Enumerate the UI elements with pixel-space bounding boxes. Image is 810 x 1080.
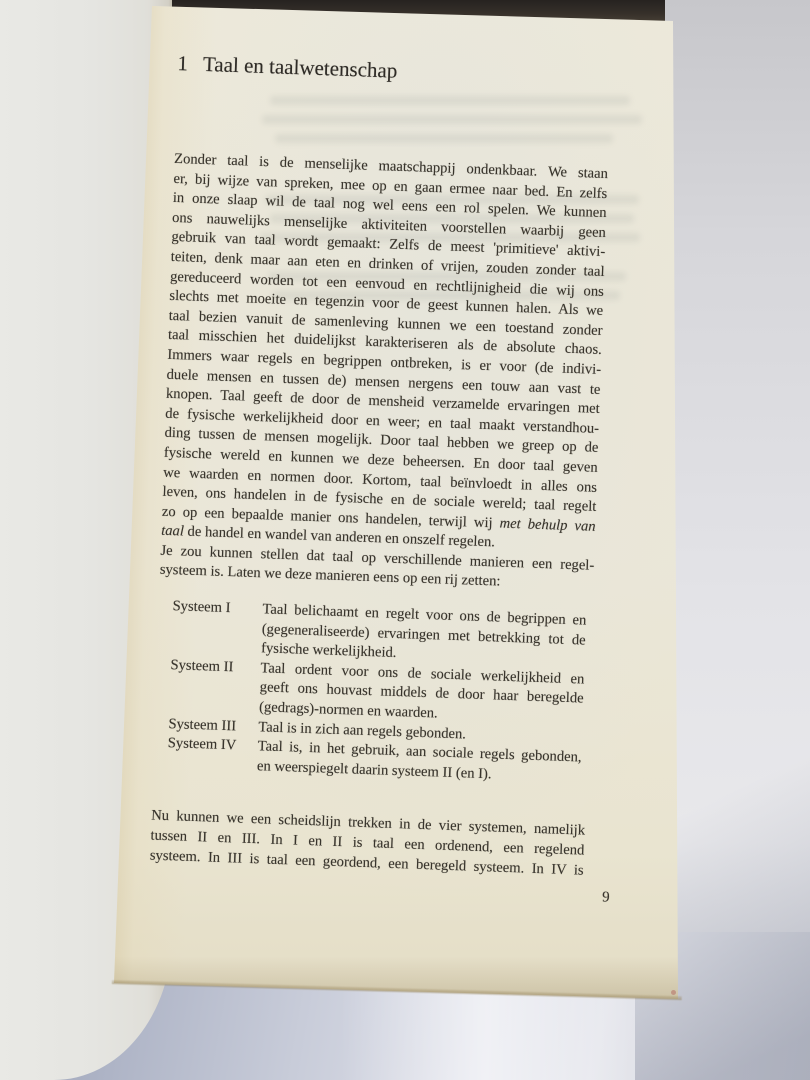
chapter-number: 1 — [177, 51, 188, 75]
system-label: Systeem I — [171, 597, 263, 659]
systems-list: Systeem I Taal belichaamt en regelt voor… — [167, 597, 593, 788]
corner-speck — [671, 990, 676, 995]
body-paragraph: Zonder taal is de menselijke maatschappi… — [159, 150, 608, 596]
system-label: Systeem II — [169, 656, 261, 718]
page-text: 1Taal en taalwetenschap Zonder taal is d… — [149, 50, 612, 907]
book-photo: 1Taal en taalwetenschap Zonder taal is d… — [0, 0, 810, 1080]
body-line-italic: taal — [161, 523, 184, 540]
system-label: Systeem IV — [167, 734, 258, 776]
chapter-title: Taal en taalwetenschap — [203, 52, 398, 83]
closing-paragraph: Nu kunnen we een scheidslijn trekken in … — [150, 807, 586, 881]
body-line-italic: met behulp van — [499, 515, 596, 534]
